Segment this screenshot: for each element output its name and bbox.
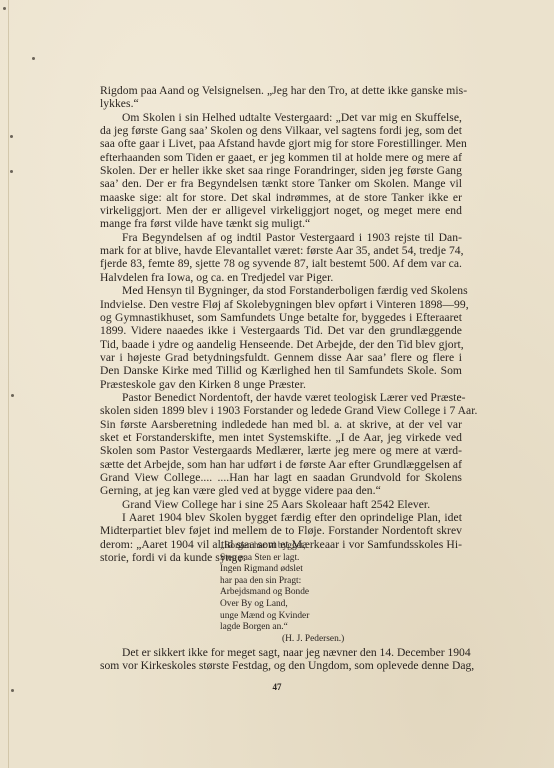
text-line: Det er sikkert ikke for meget sagt, naar… <box>100 646 462 659</box>
text-line: saa ofte gaar i Livet, paa Afstand havde… <box>100 137 462 150</box>
text-line: da jeg første Gang saa’ Skolen og dens V… <box>100 124 462 137</box>
text-line: 1899. Videre naaedes ikke i Vestergaards… <box>100 324 462 337</box>
text-line: Skolen. Der er heller ikke sket saa ring… <box>100 164 462 177</box>
paragraph: Det er sikkert ikke for meget sagt, naar… <box>100 646 462 673</box>
poem-line: unge Mænd og Kvinder <box>220 611 344 623</box>
text-line: I Aaret 1904 blev Skolen bygget færdig e… <box>100 511 462 524</box>
text-line: Indvielse. Den vestre Fløj af Skolebygni… <box>100 298 462 311</box>
text-line: Sin første Aarsberetning indledede han m… <box>100 418 462 431</box>
poem-line: lagde Borgen an.“ <box>220 622 344 634</box>
paragraph: Pastor Benedict Nordentoft, der havde væ… <box>100 391 462 498</box>
poem-attribution: (H. J. Pedersen.) <box>220 634 344 646</box>
text-line: Skolen som Pastor Vestergaards Medlærer,… <box>100 444 462 457</box>
text-line: Rigdom paa Aand og Velsignelsen. „Jeg ha… <box>100 84 462 97</box>
paragraph: Med Hensyn til Bygninger, da stod Forsta… <box>100 284 462 391</box>
punch-hole-mark <box>3 7 6 10</box>
text-line: skolen siden 1899 blev i 1903 Forstander… <box>100 404 462 417</box>
text-line: mange fra først vilde have tænkt sig mul… <box>100 217 462 230</box>
text-line: Grand View College.... ....Han har lagt … <box>100 471 462 484</box>
binding-edge <box>8 0 9 768</box>
punch-hole-mark <box>10 135 13 138</box>
text-line: og Gymnastikhuset, som Samfundets Unge b… <box>100 311 462 324</box>
text-line: var i højeste Grad betydningsfuldt. Genn… <box>100 351 462 364</box>
paragraph: Fra Begyndelsen af og indtil Pastor Vest… <box>100 231 462 284</box>
poem-line: har paa den sin Pragt: <box>220 576 344 588</box>
punch-hole-mark <box>11 394 14 397</box>
poem-line: Over By og Land, <box>220 599 344 611</box>
text-line: virkeliggjort. Men der er alligevel virk… <box>100 204 462 217</box>
paragraph: Rigdom paa Aand og Velsignelsen. „Jeg ha… <box>100 84 462 111</box>
text-line: fjerde 83, femte 89, sjette 78 og syvend… <box>100 257 462 270</box>
text-line: Den Danske Kirke med Tillid og Kærlighed… <box>100 364 462 377</box>
text-line: Halvdelen fra Iowa, og ca. en Tredjedel … <box>100 271 462 284</box>
text-line: Tid, baade i ydre og aandelig Henseende.… <box>100 338 462 351</box>
body-text-bottom: Det er sikkert ikke for meget sagt, naar… <box>100 646 462 673</box>
text-line: mark for at blive, havde Elevantallet væ… <box>100 244 462 257</box>
text-line: Gerning, at jeg kan være gled ved at byg… <box>100 484 462 497</box>
paragraph: Om Skolen i sin Helhed udtalte Vestergaa… <box>100 111 462 231</box>
text-line: sket et Forstanderskifte, men intet Syst… <box>100 431 462 444</box>
text-line: efterhaanden som Tiden er gaaet, er jeg … <box>100 151 462 164</box>
poem-line: Ingen Rigmand ødslet <box>220 564 344 576</box>
body-text-top: Rigdom paa Aand og Velsignelsen. „Jeg ha… <box>100 84 462 564</box>
paragraph: Grand View College har i sine 25 Aars Sk… <box>100 498 462 511</box>
page-number: 47 <box>0 682 554 692</box>
poem-quote: „Borgen har vi bygget,Sten paa Sten er l… <box>220 541 344 645</box>
poem-line: Arbejdsmand og Bonde <box>220 587 344 599</box>
text-line: Pastor Benedict Nordentoft, der havde væ… <box>100 391 462 404</box>
text-line: Med Hensyn til Bygninger, da stod Forsta… <box>100 284 462 297</box>
punch-hole-mark <box>10 170 13 173</box>
scanned-page: Rigdom paa Aand og Velsignelsen. „Jeg ha… <box>0 0 554 768</box>
text-line: sætte det Arbejde, som han har udført i … <box>100 458 462 471</box>
text-line: Om Skolen i sin Helhed udtalte Vestergaa… <box>100 111 462 124</box>
poem-line: Sten paa Sten er lagt. <box>220 553 344 565</box>
punch-hole-mark <box>32 57 35 60</box>
text-line: lykkes.“ <box>100 97 462 110</box>
text-line: Midterpartiet blev føjet ind mellem de t… <box>100 524 462 537</box>
text-line: Fra Begyndelsen af og indtil Pastor Vest… <box>100 231 462 244</box>
text-line: Præsteskole gav den Kirken 8 unge Præste… <box>100 378 462 391</box>
text-line: maaske sige: alt for store. Det skal ind… <box>100 191 462 204</box>
text-line: som vor Kirkeskoles største Festdag, og … <box>100 659 462 672</box>
text-line: saa’ den. Der er fra Begyndelsen tænkt s… <box>100 177 462 190</box>
text-line: Grand View College har i sine 25 Aars Sk… <box>100 498 462 511</box>
poem-line: „Borgen har vi bygget, <box>220 541 344 553</box>
